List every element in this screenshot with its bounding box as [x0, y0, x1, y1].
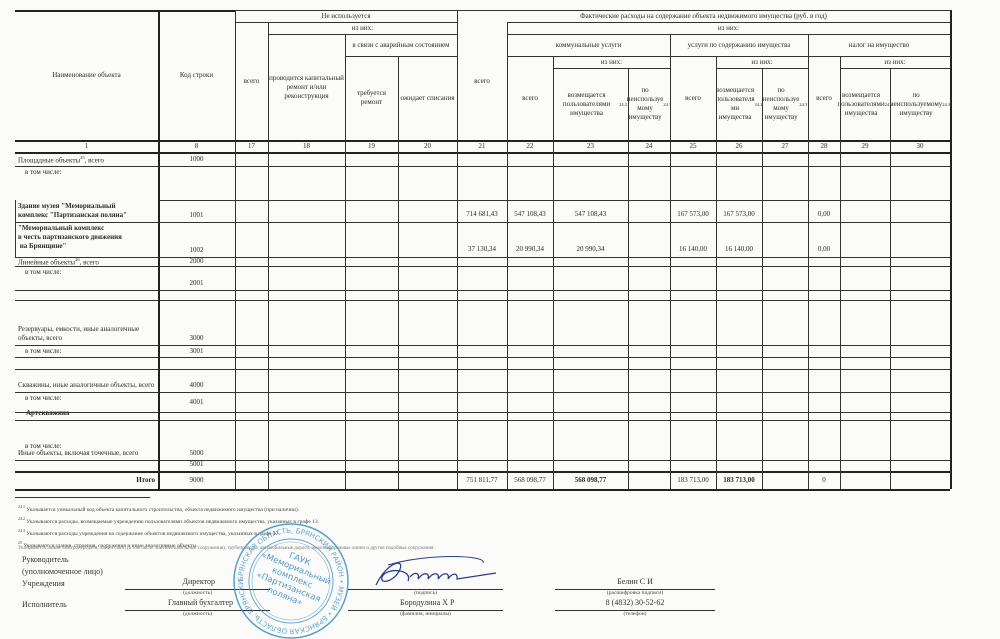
header-row-code: Код строки	[158, 10, 235, 140]
header-of-them: из них:	[268, 22, 457, 34]
header-of-them-3: из них:	[553, 56, 670, 68]
column-number-17: 17	[235, 140, 268, 152]
value-col25-row-1002: 16 140,00	[670, 222, 716, 257]
row-name-2001: в том числе:	[15, 266, 158, 290]
header-total-17: всего	[235, 22, 268, 140]
grid-line-horizontal	[840, 68, 950, 69]
header-needs-repair: требуется ремонт	[345, 56, 398, 140]
grid-line-horizontal	[268, 34, 345, 35]
grid-line-horizontal	[345, 56, 457, 57]
grid-line-horizontal	[15, 392, 158, 393]
grid-line-horizontal	[158, 392, 950, 393]
grid-line-horizontal	[158, 460, 950, 461]
header-unused-27: по неиспользуе мому имуществу24.3	[762, 68, 808, 140]
grid-line-vertical	[15, 200, 16, 257]
grid-line-horizontal	[158, 412, 950, 413]
value-col25-row-9000: 183 713,00	[670, 471, 716, 489]
header-unused-24: по неиспользуе мому имуществу24.3	[628, 68, 670, 140]
grid-line-horizontal	[15, 166, 158, 167]
column-number-26: 26	[716, 140, 762, 152]
value-col26-row-1001: 167 573,00	[716, 200, 762, 222]
header-reimb-23: возмещается пользователями имущества24.2	[553, 68, 628, 140]
row-name-4001: в том числе:Артскважина	[15, 392, 158, 412]
header-reimb-29: возмещается пользователями имущества24.2	[840, 68, 890, 140]
grid-line-horizontal	[158, 222, 950, 223]
header-awaits-writeoff: ожидает списания	[398, 56, 457, 140]
header-unused-30: по неиспользуемому имуществу 24.3	[890, 68, 950, 140]
footnote-26: Указываются линии электропередачи, линии…	[18, 545, 435, 552]
column-number-8: 8	[158, 140, 235, 152]
grid-line-horizontal	[15, 222, 158, 223]
grid-line-horizontal	[15, 412, 158, 413]
grid-line-horizontal	[15, 357, 158, 358]
column-number-28: 28	[808, 140, 840, 152]
column-number-30: 30	[890, 140, 950, 152]
value-col23-row-9000: 568 098,77	[553, 471, 628, 489]
header-total-22: всего	[507, 56, 553, 140]
header-total-28: всего	[808, 56, 840, 140]
header-emergency: в связи с аварийным состоянием	[345, 34, 457, 56]
grid-line-vertical	[345, 34, 346, 489]
footnote-24.1: 24.1 Указывается уникальный код объекта …	[18, 503, 299, 514]
value-col28-row-1001: 0,00	[808, 200, 840, 222]
grid-line-horizontal	[15, 10, 235, 12]
grid-line-horizontal	[158, 357, 950, 358]
grid-line-horizontal	[15, 257, 158, 258]
grid-line-horizontal	[158, 266, 950, 267]
head-name: Белин С И	[555, 577, 715, 586]
row-code-2001: 2001	[158, 266, 235, 290]
grid-line-vertical	[457, 10, 458, 489]
name-caption: (расшифровка подписи)	[555, 590, 715, 596]
phone: 8 (4832) 30-52-62	[555, 598, 715, 607]
column-number-23: 23	[553, 140, 628, 152]
row-name-9000: Итого	[15, 471, 158, 489]
grid-line-horizontal	[15, 489, 950, 491]
grid-line-vertical	[808, 34, 809, 489]
grid-line-horizontal	[158, 290, 950, 291]
row-name-3001: в том числе:	[15, 345, 158, 357]
grid-line-vertical	[762, 68, 763, 489]
grid-line-horizontal	[158, 369, 950, 370]
grid-line-horizontal	[158, 257, 950, 258]
value-col26-row-1002: 16 140,00	[716, 222, 762, 257]
row-name-1000: Площадные объекты25, всего	[15, 152, 158, 166]
grid-line-vertical	[890, 68, 891, 489]
column-number-18: 18	[268, 140, 345, 152]
phone-caption: (телефон)	[555, 611, 715, 617]
row-code-4000: 4000	[158, 369, 235, 392]
grid-line-horizontal	[268, 22, 457, 23]
header-maintenance: услуги по содержанию имущества	[670, 34, 808, 56]
header-reimb-26: возмещается пользователя ми имущества24.…	[716, 68, 762, 140]
column-number-19: 19	[345, 140, 398, 152]
row-code-4001: 4001	[158, 392, 235, 412]
header-capital-repair: проводится капитальный ремонт и/или реко…	[268, 34, 345, 140]
grid-line-horizontal	[15, 460, 158, 461]
row-code-1001: 1001	[158, 200, 235, 222]
column-number-25: 25	[670, 140, 716, 152]
row-name-1002: "Мемориальный комплексв честь партизанск…	[15, 222, 158, 257]
header-of-them-5: из них:	[840, 56, 950, 68]
stamp-seal-icon: БРЯНСКАЯ ОБЛАСТЬ, БРЯНСКИЙ РАЙОН • МУЗЕЙ…	[232, 522, 350, 639]
executor-name-caption: (фамилия, инициалы)	[348, 611, 503, 617]
column-number-22: 22	[507, 140, 553, 152]
grid-line-horizontal	[507, 56, 950, 57]
grid-line-horizontal	[158, 200, 950, 201]
grid-line-horizontal	[15, 300, 158, 301]
grid-line-horizontal	[15, 266, 158, 267]
head-position: Директор	[125, 577, 215, 586]
header-object-name: Наименование объекта	[15, 10, 158, 140]
grid-line-horizontal	[15, 290, 158, 291]
value-col22-row-9000: 568 098,77	[507, 471, 553, 489]
value-col28-row-1002: 0,00	[808, 222, 840, 257]
grid-line-horizontal	[158, 345, 950, 346]
header-property-tax: налог на имущество	[808, 34, 950, 56]
value-col21-row-1001: 714 681,43	[457, 200, 507, 222]
header-total-21: всего	[457, 22, 507, 140]
value-col26-row-9000: 183 713,00	[716, 471, 762, 489]
grid-line-horizontal	[15, 345, 158, 346]
header-not-used: Не используется	[235, 10, 457, 22]
grid-line-horizontal	[507, 22, 950, 23]
row-code-3000: 3000	[158, 300, 235, 345]
value-col22-row-1002: 20 990,34	[507, 222, 553, 257]
executor-position: Главный бухгалтер	[125, 598, 233, 607]
row-code-1000: 1000	[158, 152, 235, 166]
grid-line-horizontal	[15, 471, 950, 473]
grid-line-vertical	[268, 22, 269, 489]
signature-icon	[368, 555, 498, 595]
grid-line-horizontal	[158, 420, 950, 421]
head-label-3: Учреждения	[22, 579, 65, 588]
value-col23-row-1001: 547 108,43	[553, 200, 628, 222]
row-code-9000: 9000	[158, 471, 235, 489]
grid-line-horizontal	[553, 68, 670, 69]
grid-line-horizontal	[158, 300, 950, 301]
grid-line-vertical	[840, 56, 841, 489]
grid-line-horizontal	[15, 420, 158, 421]
row-code-5001: 5001	[158, 440, 235, 471]
column-number-20: 20	[398, 140, 457, 152]
column-number-27: 27	[762, 140, 808, 152]
value-col21-row-1002: 37 130,34	[457, 222, 507, 257]
row-name-1001: Здание музея "Мемориальныйкомплекс "Парт…	[15, 200, 158, 222]
column-number-29: 29	[840, 140, 890, 152]
grid-line-vertical	[553, 56, 554, 489]
row-name-5001: в том числе:	[15, 440, 158, 471]
header-of-them-2: из них:	[507, 22, 950, 34]
grid-line-horizontal	[235, 10, 950, 11]
value-col21-row-9000: 751 811,77	[457, 471, 507, 489]
header-utilities: коммунальные услуги	[507, 34, 670, 56]
row-code-1002: 1002	[158, 222, 235, 257]
value-col23-row-1002: 20 990,34	[553, 222, 628, 257]
column-number-24: 24	[628, 140, 670, 152]
grid-line-vertical	[716, 56, 717, 489]
grid-line-vertical	[628, 68, 629, 489]
grid-line-vertical	[950, 10, 952, 489]
executor-label: Исполнитель	[22, 600, 67, 609]
row-code-2000: 2000	[158, 257, 235, 266]
header-total-25: всего	[670, 56, 716, 140]
row-name-4000: Скважины, иные аналогичные объекты, всег…	[15, 369, 158, 392]
footnote-separator	[15, 497, 150, 498]
head-label-2: (уполномоченное лицо)	[22, 567, 103, 576]
value-col28-row-9000: 0	[808, 471, 840, 489]
value-col25-row-1001: 167 573,00	[670, 200, 716, 222]
row-name-3000: Резервуары, емкости, иные аналогичные об…	[15, 300, 158, 345]
column-number-21: 21	[457, 140, 507, 152]
row-name-2000: Линейные объекты26, всего	[15, 257, 158, 266]
grid-line-horizontal	[158, 166, 950, 167]
row-name-1: в том числе:	[15, 166, 158, 200]
grid-line-vertical	[235, 10, 236, 489]
value-col22-row-1001: 547 108,43	[507, 200, 553, 222]
executor-name: Бородулина Х Р	[400, 598, 500, 607]
grid-line-horizontal	[15, 369, 158, 370]
column-number-1: 1	[15, 140, 158, 152]
grid-line-horizontal	[507, 34, 950, 35]
grid-line-vertical	[398, 56, 399, 489]
grid-line-vertical	[670, 34, 671, 489]
grid-line-vertical	[158, 10, 160, 489]
grid-line-horizontal	[345, 34, 457, 35]
grid-line-vertical	[507, 22, 508, 489]
grid-line-horizontal	[235, 22, 268, 23]
header-of-them-4: из них:	[716, 56, 808, 68]
head-label-1: Руководитель	[22, 555, 68, 564]
header-actual-expenses: Фактические расходы на содержание объект…	[457, 10, 950, 22]
row-code-3001: 3001	[158, 345, 235, 357]
